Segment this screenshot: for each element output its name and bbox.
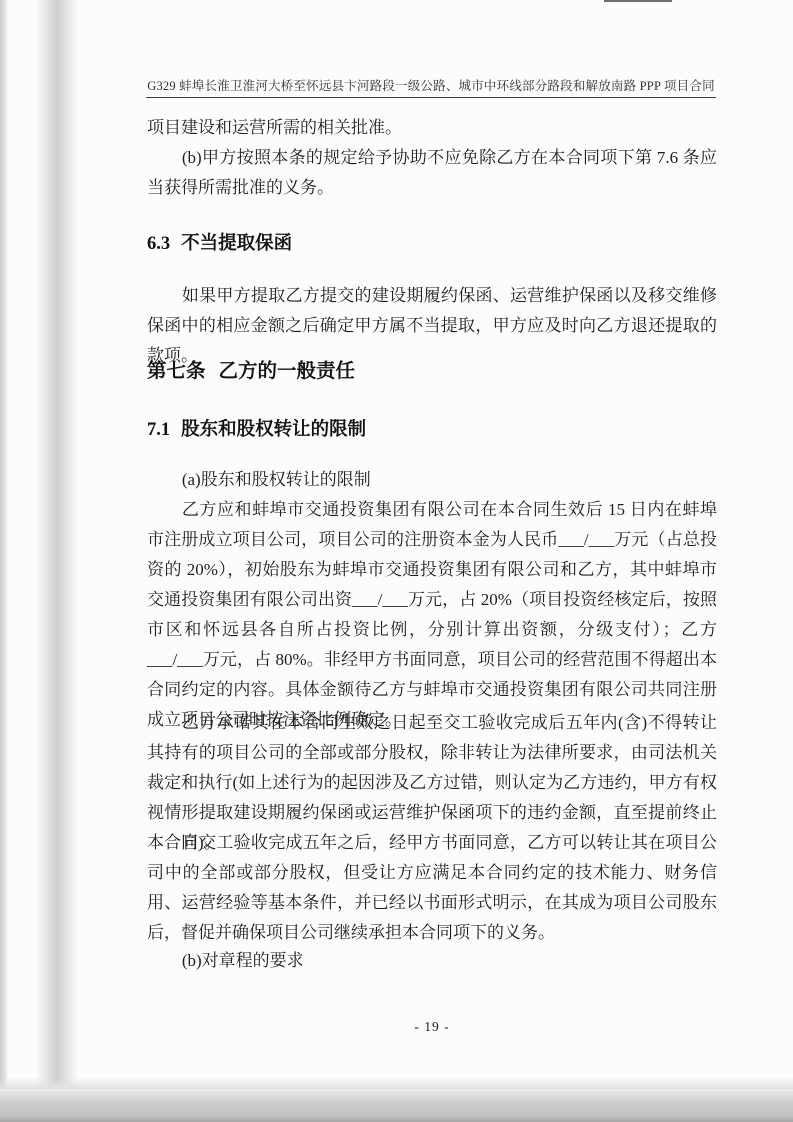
section-heading-7-1: 7.1股东和股权转让的限制 bbox=[147, 416, 717, 443]
paragraph-item-a-title: (a)股东和股权转让的限制 bbox=[147, 465, 717, 495]
paragraph-clause-b: (b)甲方按照本条的规定给予协助不应免除乙方在本合同项下第 7.6 条应当获得所… bbox=[147, 143, 717, 203]
section-number-7-1: 7.1 bbox=[147, 420, 170, 440]
page-number: - 19 - bbox=[147, 1019, 717, 1035]
scanned-contract-page: G329 蚌埠长淮卫淮河大桥至怀远县卞河路段一级公路、城市中环线部分路段和解放南… bbox=[0, 0, 793, 1122]
section-number-6-3: 6.3 bbox=[147, 234, 170, 254]
scan-bottom-fade bbox=[0, 1077, 793, 1089]
scan-edge-left-shadow bbox=[0, 0, 8, 1122]
running-header: G329 蚌埠长淮卫淮河大桥至怀远县卞河路段一级公路、城市中环线部分路段和解放南… bbox=[146, 78, 716, 98]
section-title-6-3: 不当提取保函 bbox=[181, 232, 292, 253]
section-heading-6-3: 6.3不当提取保函 bbox=[147, 230, 717, 257]
scan-binding-shadow bbox=[36, 0, 78, 1090]
paragraph-7-1-capital: 乙方应和蚌埠市交通投资集团有限公司在本合同生效后 15 日内在蚌埠市注册成立项目… bbox=[147, 495, 717, 735]
article-heading-7: 第七条乙方的一般责任 bbox=[147, 357, 717, 385]
scan-top-edge-line bbox=[604, 0, 672, 2]
paragraph-7-1-post-five-years: 自交工验收完成五年之后，经甲方书面同意，乙方可以转让其在项目公司中的全部或部分股… bbox=[147, 828, 717, 948]
article-title-7: 乙方的一般责任 bbox=[219, 360, 356, 382]
article-number-7: 第七条 bbox=[147, 360, 206, 382]
paragraph-carryover: 项目建设和运营所需的相关批准。 bbox=[147, 113, 717, 143]
scan-bottom-edge-shadow bbox=[0, 1089, 793, 1122]
section-title-7-1: 股东和股权转让的限制 bbox=[181, 418, 366, 439]
paragraph-item-b-title: (b)对章程的要求 bbox=[147, 946, 717, 976]
